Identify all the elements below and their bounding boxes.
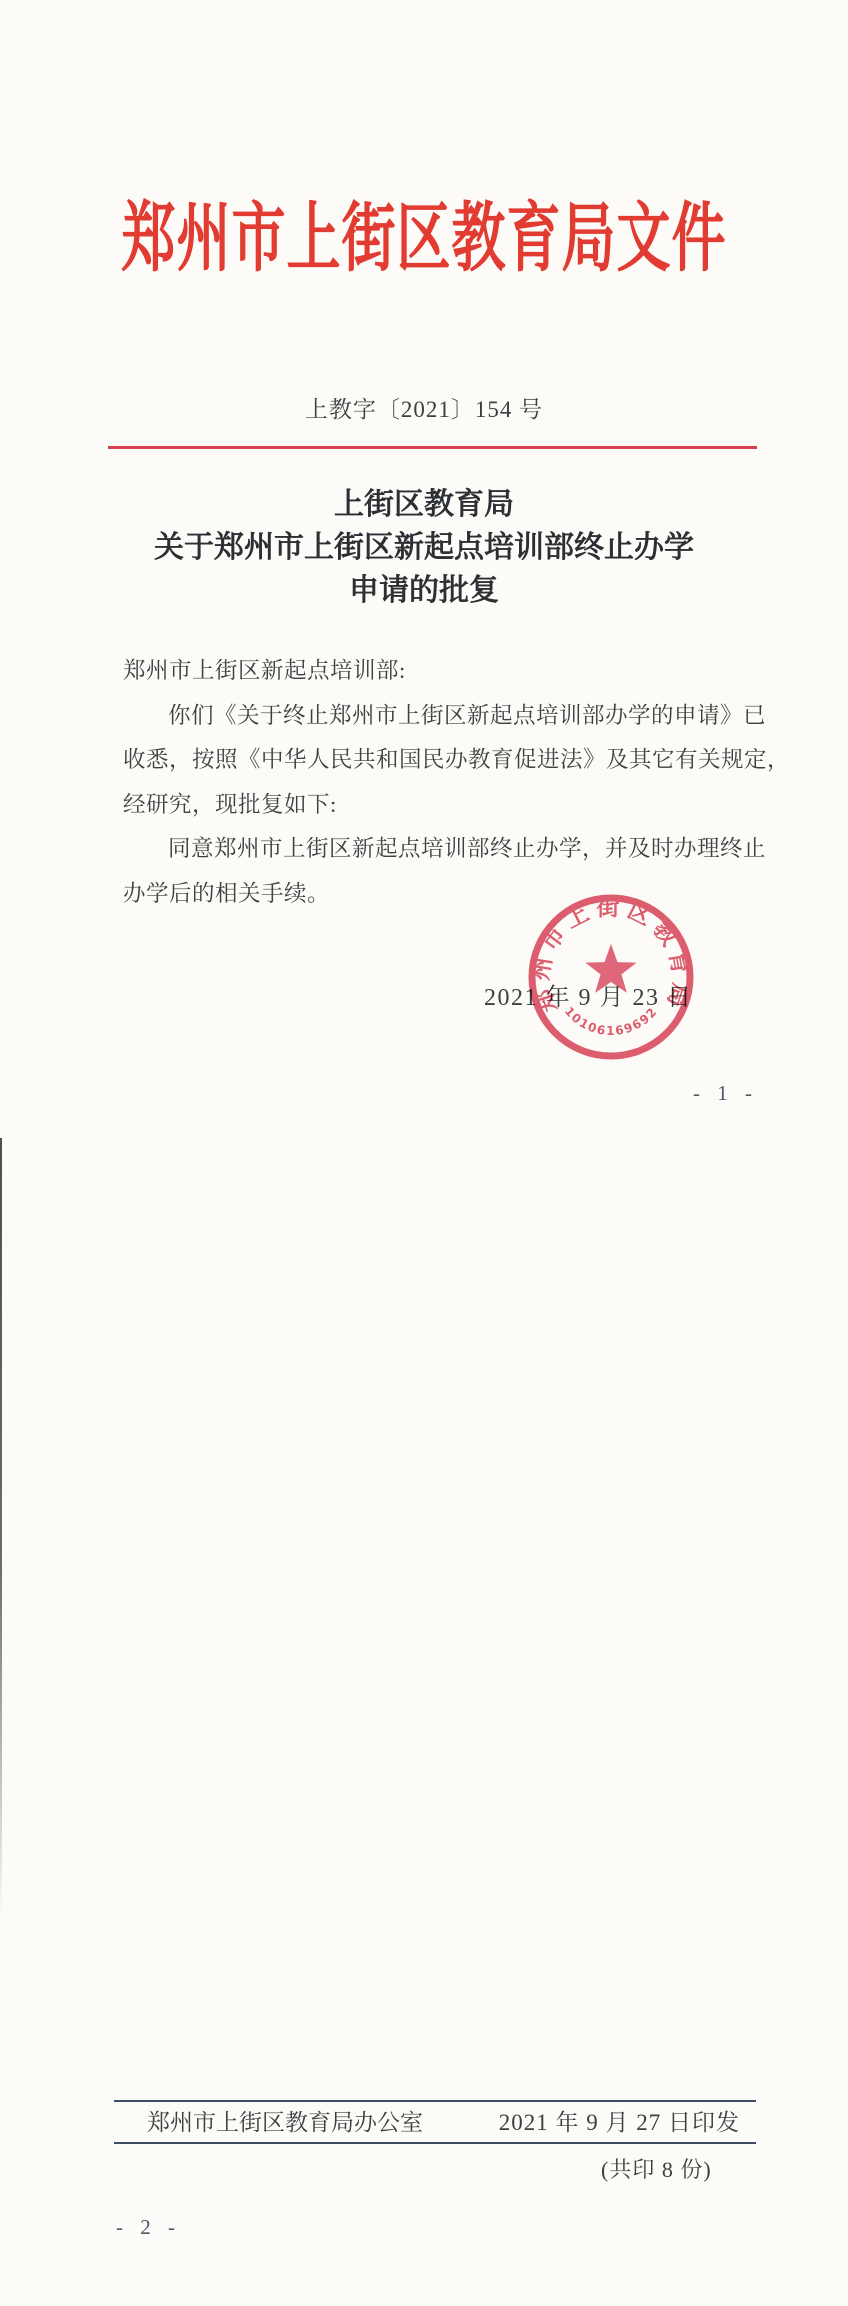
footer-rule-top bbox=[114, 2100, 756, 2102]
red-divider-line bbox=[108, 446, 757, 449]
document-title-line-2: 关于郑州市上街区新起点培训部终止办学 bbox=[0, 526, 848, 569]
document-title-line-1: 上街区教育局 bbox=[0, 483, 848, 526]
copies-count: (共印 8 份) bbox=[601, 2153, 712, 2184]
body-line: 经研究，现批复如下: bbox=[123, 783, 783, 828]
scan-edge-artifact bbox=[0, 1138, 2, 1918]
body-line-salutation: 郑州市上街区新起点培训部: bbox=[123, 649, 783, 694]
seal-star-icon bbox=[585, 944, 636, 993]
footer-rule-bottom bbox=[114, 2142, 756, 2144]
body-line: 同意郑州市上街区新起点培训部终止办学，并及时办理终止 bbox=[123, 827, 783, 872]
page-number-1: - 1 - bbox=[693, 1081, 758, 1106]
document-title: 上街区教育局 关于郑州市上街区新起点培训部终止办学 申请的批复 bbox=[0, 483, 848, 612]
body-line: 收悉，按照《中华人民共和国民办教育促进法》及其它有关规定， bbox=[123, 738, 783, 783]
document-number: 上教字〔2021〕154 号 bbox=[0, 391, 848, 424]
agency-header-title: 郑州市上街区教育局文件 bbox=[0, 201, 848, 277]
body-line: 你们《关于终止郑州市上街区新起点培训部办学的申请》已 bbox=[123, 694, 783, 739]
document-title-line-3: 申请的批复 bbox=[0, 569, 848, 612]
scanned-official-document: 郑州市上街区教育局文件 上教字〔2021〕154 号 上街区教育局 关于郑州市上… bbox=[0, 0, 848, 2306]
page-number-2: - 2 - bbox=[116, 2215, 181, 2240]
print-date: 2021 年 9 月 27 日印发 bbox=[499, 2106, 740, 2140]
official-seal-stamp: 郑州市上街区教育局 4101061696924 bbox=[508, 874, 714, 1080]
issuing-office: 郑州市上街区教育局办公室 bbox=[147, 2106, 423, 2140]
footer-issuing-row: 郑州市上街区教育局办公室 2021 年 9 月 27 日印发 bbox=[147, 2106, 740, 2140]
